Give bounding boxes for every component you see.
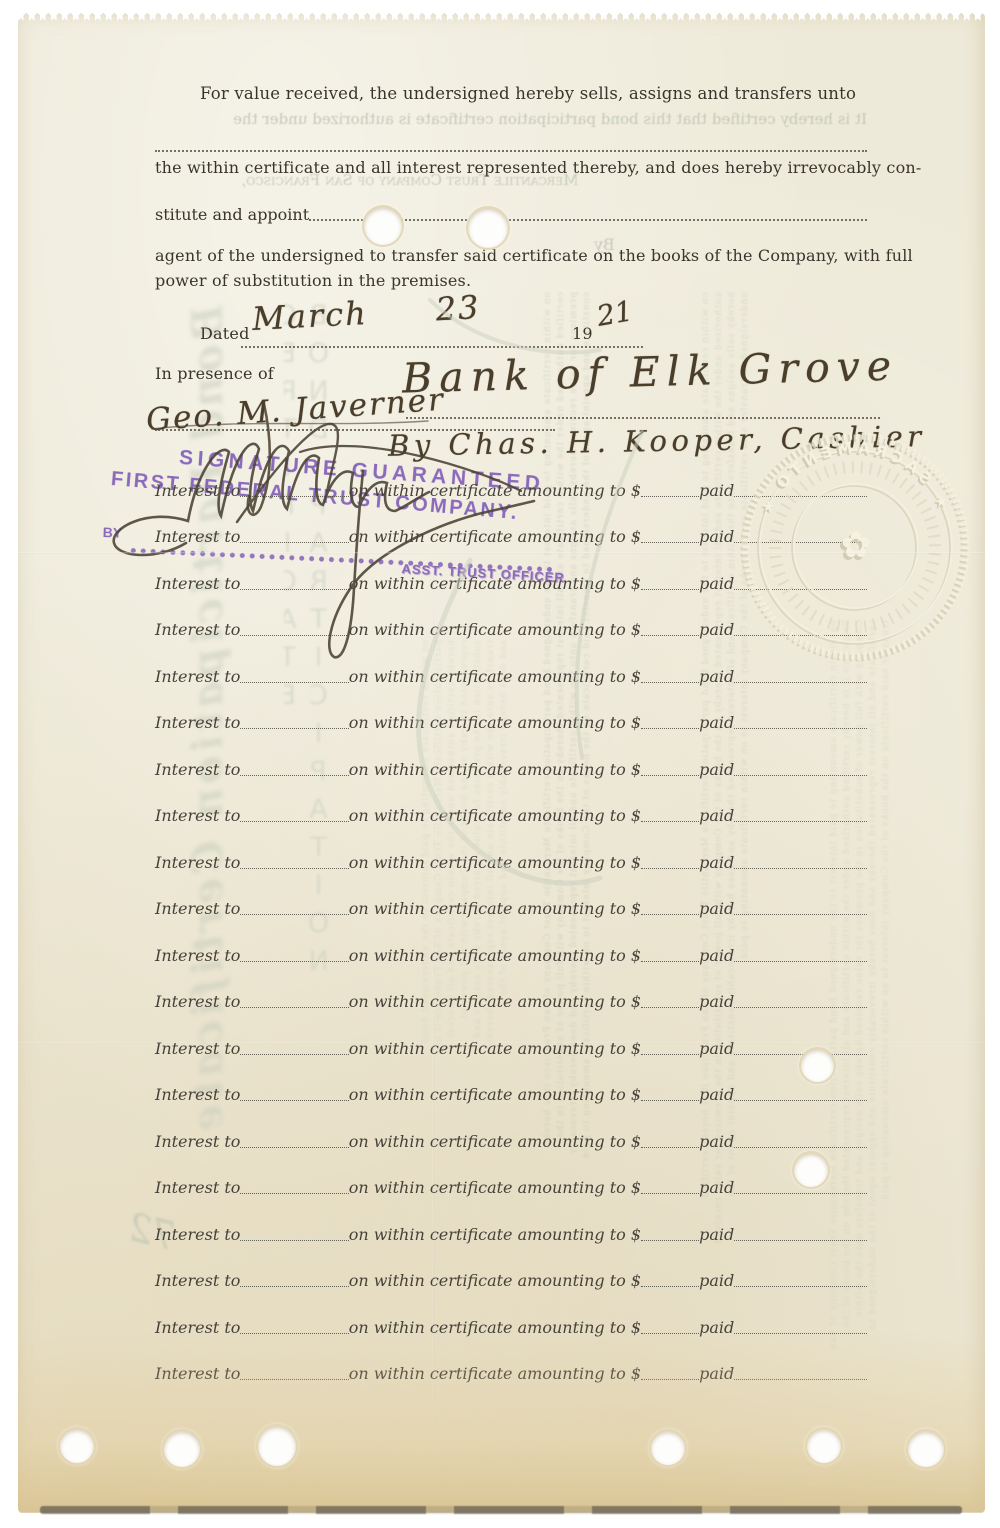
- dotted-fill: [641, 1052, 699, 1055]
- assignor-rule: [406, 416, 880, 419]
- amount-label: on within certificate amounting to $: [349, 481, 641, 500]
- paid-label: paid: [699, 1132, 734, 1151]
- interest-row: Interest to on within certificate amount…: [155, 872, 867, 919]
- amount-label: on within certificate amounting to $: [349, 1178, 641, 1197]
- interest-to-label: Interest to: [155, 527, 240, 546]
- assignment-line5: power of substitution in the premises.: [155, 271, 471, 290]
- dotted-fill: [240, 726, 348, 729]
- dotted-fill: [240, 1052, 348, 1055]
- paid-label: paid: [699, 1225, 734, 1244]
- amount-label: on within certificate amounting to $: [349, 853, 641, 872]
- interest-row: Interest to on within certificate amount…: [155, 1058, 867, 1105]
- dotted-fill: [641, 540, 699, 543]
- dotted-fill: [641, 912, 699, 915]
- paid-label: paid: [699, 899, 734, 918]
- interest-to-label: Interest to: [155, 1271, 240, 1290]
- interest-to-label: Interest to: [155, 620, 240, 639]
- amount-label: on within certificate amounting to $: [349, 806, 641, 825]
- dotted-fill: [240, 1191, 348, 1194]
- interest-to-label: Interest to: [155, 1225, 240, 1244]
- interest-to-label: Interest to: [155, 806, 240, 825]
- amount-label: on within certificate amounting to $: [349, 1271, 641, 1290]
- interest-to-label: Interest to: [155, 1132, 240, 1151]
- dotted-fill: [641, 1145, 699, 1148]
- interest-to-label: Interest to: [155, 992, 240, 1011]
- dotted-fill: [641, 587, 699, 590]
- dotted-fill: [641, 1098, 699, 1101]
- interest-to-label: Interest to: [155, 667, 240, 686]
- witness-rule: [155, 428, 555, 431]
- fold-crease: [18, 1042, 985, 1044]
- paid-label: paid: [699, 760, 734, 779]
- paid-label: paid: [699, 620, 734, 639]
- dotted-fill: [734, 1052, 867, 1055]
- dotted-fill: [641, 959, 699, 962]
- interest-row: Interest to on within certificate amount…: [155, 825, 867, 872]
- date-rule: [241, 345, 643, 348]
- paid-label: paid: [699, 946, 734, 965]
- paid-label: paid: [699, 853, 734, 872]
- dotted-fill: [240, 587, 348, 590]
- dotted-fill: [240, 1005, 348, 1008]
- punch-hole: [794, 1153, 828, 1187]
- amount-label: on within certificate amounting to $: [349, 1085, 641, 1104]
- amount-label: on within certificate amounting to $: [349, 1132, 641, 1151]
- interest-rows: Interest to on within certificate amount…: [155, 453, 867, 1383]
- witness-label: In presence of: [155, 364, 274, 383]
- assignment-line4: agent of the undersigned to transfer sai…: [155, 246, 913, 265]
- interest-to-label: Interest to: [155, 1178, 240, 1197]
- interest-row: Interest to on within certificate amount…: [155, 918, 867, 965]
- punch-hole: [468, 208, 508, 248]
- dotted-fill: [240, 912, 348, 915]
- handwritten-year: 21: [594, 294, 635, 333]
- interest-row: Interest to on within certificate amount…: [155, 779, 867, 826]
- dotted-fill: [734, 680, 867, 683]
- interest-row: Interest to on within certificate amount…: [155, 1197, 867, 1244]
- interest-to-label: Interest to: [155, 899, 240, 918]
- dotted-fill: [641, 866, 699, 869]
- dotted-fill: [240, 866, 348, 869]
- interest-to-label: Interest to: [155, 481, 240, 500]
- dotted-fill: [641, 494, 699, 497]
- interest-row: Interest to on within certificate amount…: [155, 1244, 867, 1291]
- punch-hole: [60, 1429, 94, 1463]
- punch-hole: [908, 1431, 944, 1467]
- dotted-fill: [734, 633, 867, 636]
- paid-label: paid: [699, 992, 734, 1011]
- paid-label: paid: [699, 713, 734, 732]
- stamp-by-label: BY: [102, 524, 122, 541]
- amount-label: on within certificate amounting to $: [349, 574, 641, 593]
- dotted-fill: [641, 633, 699, 636]
- dotted-fill: [240, 959, 348, 962]
- dotted-fill: [734, 540, 867, 543]
- amount-label: on within certificate amounting to $: [349, 1225, 641, 1244]
- punch-hole: [364, 207, 402, 245]
- dotted-fill: [734, 959, 867, 962]
- paid-label: paid: [699, 1271, 734, 1290]
- interest-row: Interest to on within certificate amount…: [155, 965, 867, 1012]
- paper-aging-band: [18, 1330, 985, 1512]
- punch-hole: [801, 1049, 834, 1082]
- scan-bottom-edge: [40, 1506, 962, 1514]
- amount-label: on within certificate amounting to $: [349, 760, 641, 779]
- dotted-fill: [240, 1098, 348, 1101]
- dotted-fill: [641, 773, 699, 776]
- paid-label: paid: [699, 806, 734, 825]
- dotted-fill: [734, 866, 867, 869]
- dotted-fill: [240, 633, 348, 636]
- assignment-line2: the within certificate and all interest …: [155, 158, 922, 177]
- dotted-fill: [734, 1098, 867, 1101]
- dotted-fill: [734, 1005, 867, 1008]
- dotted-fill: [641, 1238, 699, 1241]
- interest-to-label: Interest to: [155, 1085, 240, 1104]
- interest-row: Interest to on within certificate amount…: [155, 732, 867, 779]
- interest-row: Interest to on within certificate amount…: [155, 500, 867, 547]
- paid-label: paid: [699, 667, 734, 686]
- interest-row: Interest to on within certificate amount…: [155, 1104, 867, 1151]
- interest-row: Interest to on within certificate amount…: [155, 639, 867, 686]
- dotted-fill: [641, 1005, 699, 1008]
- amount-label: on within certificate amounting to $: [349, 992, 641, 1011]
- dotted-fill: [240, 540, 348, 543]
- fold-crease: [18, 552, 985, 554]
- dotted-fill: [734, 494, 867, 497]
- punch-hole: [807, 1429, 841, 1463]
- ghost-certified-line: It is hereby certified that this bond pa…: [155, 110, 867, 128]
- dotted-fill: [734, 1191, 867, 1194]
- dotted-fill: [240, 819, 348, 822]
- ruled-line: [155, 149, 867, 152]
- amount-label: on within certificate amounting to $: [349, 946, 641, 965]
- amount-label: on within certificate amounting to $: [349, 713, 641, 732]
- dotted-fill: [641, 726, 699, 729]
- dotted-fill: [240, 680, 348, 683]
- dated-label: Dated: [200, 324, 250, 343]
- assignment-line1: For value received, the undersigned here…: [200, 84, 856, 103]
- amount-label: on within certificate amounting to $: [349, 527, 641, 546]
- scanned-document-page: It is hereby certified that this bond pa…: [0, 0, 1000, 1528]
- interest-row: Interest to on within certificate amount…: [155, 1011, 867, 1058]
- interest-to-label: Interest to: [155, 946, 240, 965]
- paid-label: paid: [699, 1085, 734, 1104]
- dotted-fill: [734, 912, 867, 915]
- appoint-line: stitute and appoint: [155, 198, 867, 224]
- dotted-fill: [734, 1284, 867, 1287]
- dotted-fill: [734, 726, 867, 729]
- interest-to-label: Interest to: [155, 760, 240, 779]
- dotted-fill: [734, 1238, 867, 1241]
- dotted-fill: [641, 1284, 699, 1287]
- dotted-fill: [240, 1145, 348, 1148]
- torn-top-edge: [18, 12, 985, 25]
- punch-hole: [651, 1431, 685, 1465]
- year-printed: 19: [572, 324, 593, 343]
- punch-hole: [258, 1426, 296, 1466]
- dotted-fill: [641, 819, 699, 822]
- dotted-fill: [240, 1284, 348, 1287]
- appoint-label: stitute and appoint: [155, 205, 309, 224]
- interest-to-label: Interest to: [155, 853, 240, 872]
- interest-row: Interest to on within certificate amount…: [155, 453, 867, 500]
- paid-label: paid: [699, 527, 734, 546]
- dotted-fill: [641, 1191, 699, 1194]
- dotted-fill: [734, 819, 867, 822]
- amount-label: on within certificate amounting to $: [349, 899, 641, 918]
- amount-label: on within certificate amounting to $: [349, 667, 641, 686]
- interest-row: Interest to on within certificate amount…: [155, 1151, 867, 1198]
- interest-row: Interest to on within certificate amount…: [155, 686, 867, 733]
- interest-to-label: Interest to: [155, 574, 240, 593]
- paid-label: paid: [699, 1178, 734, 1197]
- punch-hole: [164, 1431, 200, 1467]
- paid-label: paid: [699, 574, 734, 593]
- dotted-fill: [240, 773, 348, 776]
- dotted-fill: [240, 1238, 348, 1241]
- dotted-fill: [240, 494, 348, 497]
- amount-label: on within certificate amounting to $: [349, 620, 641, 639]
- dotted-fill: [734, 1145, 867, 1148]
- dotted-fill: [734, 773, 867, 776]
- interest-to-label: Interest to: [155, 713, 240, 732]
- paid-label: paid: [699, 481, 734, 500]
- dotted-fill: [734, 587, 867, 590]
- dotted-fill: [641, 680, 699, 683]
- interest-row: Interest to on within certificate amount…: [155, 593, 867, 640]
